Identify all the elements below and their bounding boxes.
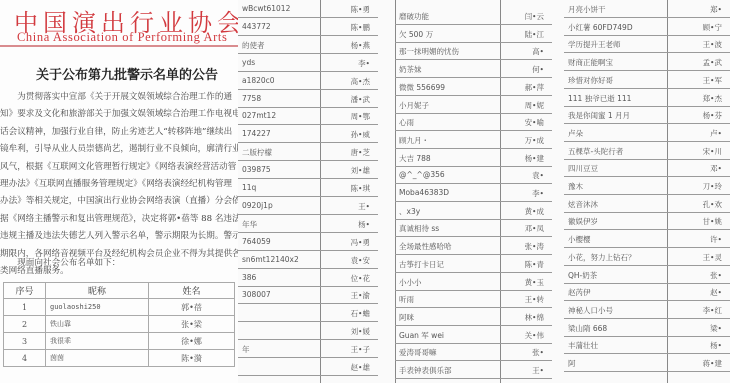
header-no: 序号: [4, 283, 46, 299]
real-name: 刘•媛: [351, 326, 370, 337]
list-item: yds李•: [238, 54, 378, 72]
nickname: 古筝打卡日记: [399, 259, 444, 270]
nickname: a1820c0: [242, 76, 275, 85]
nickname: 小樱樱: [568, 234, 591, 245]
body-line: 话会议精神，加强行业自律，防止劣迹艺人“转移阵地”继续出: [0, 124, 238, 141]
real-name: 潘•武: [351, 94, 370, 105]
list-item: 小月妮子周•妮: [395, 96, 552, 114]
list-item: 的使者杨•燕: [238, 36, 378, 54]
list-item: 刘•媛: [238, 322, 378, 340]
nickname: 欠 500 万: [399, 29, 433, 40]
real-name: 袁•安: [351, 255, 370, 266]
list-item: 爱涛哥哥嘛张•: [395, 343, 552, 361]
list-item: 梁山隋 668梁•: [564, 319, 730, 337]
real-name: 石•蟾: [351, 308, 370, 319]
list-item: 308007王•渝: [238, 286, 378, 304]
nickname: 11q: [242, 183, 256, 192]
nickname: 心雨: [399, 117, 414, 128]
list-item: 欠 500 万陆•江: [395, 25, 552, 43]
table-row: 3 我很乖 徐•娜: [4, 333, 235, 350]
cell-no: 1: [4, 299, 46, 316]
cell-nickname: guolaoshi250: [46, 299, 149, 316]
real-name: 安•喻: [525, 117, 544, 128]
real-name: 位•花: [351, 273, 370, 284]
real-name: 孔•欢: [703, 199, 722, 210]
nickname: 奶茶妹: [399, 64, 422, 75]
real-name: 杨•: [710, 340, 722, 351]
nickname: 174227: [242, 129, 271, 138]
nickname: 0920j1p: [242, 201, 273, 210]
real-name: 梁•: [710, 323, 722, 334]
body-line: 风气，根据《互联网文化管理暂行规定》《网络表演经营活动管: [0, 159, 238, 176]
body-line: 为贯彻落实中宣部《关于开展文娱领域综合治理工作的通: [0, 89, 238, 106]
list-page-2: wBcwt61012陈•勇443772陈•鹏的使者杨•燕yds李•a1820c0…: [238, 0, 378, 383]
nickname: 小小小: [399, 277, 422, 288]
cell-no: 4: [4, 350, 46, 367]
list-item: 我是你闺蜜 1 月月杨•芬: [564, 106, 730, 124]
real-name: 赵•: [710, 287, 722, 298]
closing-line: 现面向社会公布名单如下：: [0, 255, 238, 272]
real-name: 陆•江: [525, 29, 544, 40]
nickname: 阿咪: [399, 312, 414, 323]
nickname: 039875: [242, 165, 271, 174]
list-item: 学历提升王老师王•波: [564, 35, 730, 53]
nickname: 四川豆豆: [568, 163, 598, 174]
nickname: 听雨: [399, 294, 414, 305]
cell-name: 郭•蓓: [149, 299, 235, 316]
list-item: 财商正能啊宝孟•武: [564, 53, 730, 71]
nickname: 308007: [242, 290, 271, 299]
list-item: 磨破功能闫•云: [395, 7, 552, 25]
list-item: 小小小黄•玉: [395, 273, 552, 291]
nickname: 443772: [242, 22, 271, 31]
real-name: 王•灵: [703, 252, 722, 263]
nickname: 徽娱伊岁: [568, 216, 598, 227]
real-name: 甘•姚: [703, 216, 722, 227]
list-item: 年王•子: [238, 340, 378, 358]
list-item: 小花，努力上钻石？王•灵: [564, 248, 730, 266]
list-item: 四川豆豆邓•: [564, 159, 730, 177]
table-header-row: 序号 昵称 姓名: [4, 283, 235, 299]
nickname: Guan 军 wei: [399, 330, 444, 341]
nickname: 、x3y: [399, 206, 420, 217]
header-divider: [0, 45, 238, 47]
nickname: 小月妮子: [399, 100, 429, 111]
cell-nickname: 茵茵: [46, 350, 149, 367]
nickname: 大吉 788: [399, 153, 431, 164]
real-name: 张•: [532, 347, 544, 358]
nickname: 卢朵: [568, 128, 583, 139]
real-name: 陈•青: [525, 259, 544, 270]
nickname: 全场最性感哈哈: [399, 241, 452, 252]
nickname: Moba46383D: [399, 188, 449, 197]
list-item: 听雨王•转: [395, 290, 552, 308]
real-name: 王•子: [351, 344, 370, 355]
body-line: 违规主播及违法失德艺人列入警示名单，警示期限为长期。警示: [0, 228, 238, 245]
list-item: 豫木刀•玲: [564, 177, 730, 195]
cell-no: 2: [4, 316, 46, 333]
body-line: 办法》等相关规定，中国演出行业协会网络表演（直播）分会依: [0, 193, 238, 210]
list-item: 珍惜对你好哥王•军: [564, 71, 730, 89]
real-name: 李•: [358, 58, 370, 69]
list-item: 、x3y黄•成: [395, 202, 552, 220]
real-name: 孟•武: [703, 57, 722, 68]
real-name: 邓•: [710, 163, 722, 174]
nickname: @^_^@356: [399, 170, 445, 179]
real-name: 邓•凤: [525, 223, 544, 234]
real-name: 高•杰: [351, 76, 370, 87]
list-item: 石•蟾: [238, 304, 378, 322]
list-item: 真诚相待 ss邓•凤: [395, 219, 552, 237]
notice-page: 中国演出行业协会 China Association of Performing…: [0, 0, 238, 383]
list-item: 徽娱伊岁甘•姚: [564, 212, 730, 230]
real-name: 杨•芬: [703, 110, 722, 121]
nickname: sn6mt12140x2: [242, 255, 299, 264]
cell-no: 3: [4, 333, 46, 350]
nickname: 小红薯 60FD749D: [568, 22, 633, 33]
org-name-en: China Association of Performing Arts: [17, 30, 227, 45]
list-item: 古筝打卡日记陈•青: [395, 255, 552, 273]
nickname: 月亮小饼干: [568, 4, 606, 15]
nickname: 的使者: [242, 40, 265, 51]
real-name: 刘•雄: [351, 165, 370, 176]
real-name: 关•伟: [525, 330, 544, 341]
nickname: 7758: [242, 94, 261, 103]
notice-title: 关于公布第九批警示名单的公告: [36, 64, 218, 83]
real-name: 张•: [710, 270, 722, 281]
real-name: 陈•琪: [351, 183, 370, 194]
list-item: 月亮小饼干郑•: [564, 0, 730, 18]
nickname: 丰蒲壮壮: [568, 340, 598, 351]
real-name: 高•: [532, 46, 544, 57]
list-item: sn6mt12140x2袁•安: [238, 251, 378, 269]
real-name: 郝•萍: [525, 82, 544, 93]
list-item: 微微 556699郝•萍: [395, 78, 552, 96]
body-line: 镜牟利，引导从业人员崇德尚艺，遏制行业不良倾向，廓清行业: [0, 141, 238, 158]
real-name: 蒋•建: [703, 358, 722, 369]
list-item: Moba46383D李•: [395, 184, 552, 202]
real-name: 周•妮: [525, 100, 544, 111]
body-line: 理办法》《互联网直播服务管理规定》《网络表演经纪机构管理: [0, 176, 238, 193]
nickname: 386: [242, 273, 256, 282]
real-name: 郑•杰: [703, 93, 722, 104]
list-item: 五棵草-头陀行者宋•川: [564, 142, 730, 160]
cell-name: 陈•漪: [149, 350, 235, 367]
nickname: 磨破功能: [399, 11, 429, 22]
nickname: 顾九月・: [399, 135, 429, 146]
list-item: 111 独爷已逝 111郑•杰: [564, 89, 730, 107]
nickname: 神秘人口小号: [568, 305, 613, 316]
list-item: QH-奶茶张•: [564, 266, 730, 284]
list-item: 那一抹明媚的忧伤高•: [395, 42, 552, 60]
list-item: 11q陈•琪: [238, 179, 378, 197]
list-item: Guan 军 wei关•伟: [395, 326, 552, 344]
list-item: 小红薯 60FD749D顾•宁: [564, 18, 730, 36]
list-item: a1820c0高•杰: [238, 72, 378, 90]
nickname: 111 独爷已逝 111: [568, 93, 631, 104]
list-item: 赵芮伊赵•: [564, 283, 730, 301]
table-row: 1 guolaoshi250 郭•蓓: [4, 299, 235, 316]
list-item: 手表钟表俱乐部王•: [395, 361, 552, 379]
real-name: 许•: [710, 234, 722, 245]
real-name: 闫•云: [525, 11, 544, 22]
list-item: 小樱樱许•: [564, 230, 730, 248]
nickname: 二版柠檬: [242, 147, 272, 158]
nickname: 027mt12: [242, 111, 276, 120]
nickname: 梁山隋 668: [568, 323, 607, 334]
nickname: 那一抹明媚的忧伤: [399, 46, 459, 57]
cell-nickname: 我很乖: [46, 333, 149, 350]
real-name: 孙•威: [351, 129, 370, 140]
nickname: QH-奶茶: [568, 270, 597, 281]
list-item: 年华杨•: [238, 215, 378, 233]
cell-name: 张•梁: [149, 316, 235, 333]
nickname: wBcwt61012: [242, 4, 290, 13]
list-item: 174227孙•威: [238, 125, 378, 143]
list-item: 7758潘•武: [238, 90, 378, 108]
list-item: 赵•雄: [238, 358, 378, 376]
nickname: yds: [242, 58, 255, 67]
real-name: 周•鄂: [351, 111, 370, 122]
real-name: 王•军: [703, 75, 722, 86]
list-item: 0920j1p王•: [238, 197, 378, 215]
body-line: 知》要求及文化和旅游部关于加强文娱领域综合治理工作电视电: [0, 106, 238, 123]
table-row: 2 铁山靠 张•梁: [4, 316, 235, 333]
list-item: 二版柠檬唐•芝: [238, 143, 378, 161]
real-name: 宋•川: [703, 146, 722, 157]
list-item: 奶茶妹何•: [395, 60, 552, 78]
real-name: 杨•建: [525, 153, 544, 164]
list-item: 顾九月・万•成: [395, 131, 552, 149]
list-item: 卢朵卢•: [564, 124, 730, 142]
list-item: 443772陈•鹏: [238, 18, 378, 36]
real-name: 杨•: [358, 219, 370, 230]
list-item: 心雨安•喻: [395, 113, 552, 131]
list-item: 阿咪林•绵: [395, 308, 552, 326]
real-name: 陈•鹏: [351, 22, 370, 33]
list-page-3: 磨破功能闫•云欠 500 万陆•江那一抹明媚的忧伤高•奶茶妹何•微微 55669…: [378, 0, 552, 383]
real-name: 王•波: [703, 39, 722, 50]
real-name: 杨•燕: [351, 40, 370, 51]
nickname: 微微 556699: [399, 82, 445, 93]
cell-nickname: 铁山靠: [46, 316, 149, 333]
nickname: 炫音沐沐: [568, 199, 598, 210]
real-name: 袁•: [532, 170, 544, 181]
list-item: wBcwt61012陈•勇: [238, 0, 378, 18]
nickname: 赵芮伊: [568, 287, 591, 298]
real-name: 陈•勇: [351, 4, 370, 15]
real-name: 李•红: [703, 305, 722, 316]
nickname: 阿: [568, 358, 576, 369]
nickname: 手表钟表俱乐部: [399, 365, 452, 376]
list-item: 386位•花: [238, 269, 378, 287]
notice-body: 为贯彻落实中宣部《关于开展文娱领域综合治理工作的通 知》要求及文化和旅游部关于加…: [0, 89, 238, 280]
real-name: 王•: [358, 201, 370, 212]
list-item: 764059冯•勇: [238, 233, 378, 251]
list-item: 神秘人口小号李•红: [564, 301, 730, 319]
nickname: 年华: [242, 219, 257, 230]
list-item: 039875刘•雄: [238, 161, 378, 179]
real-name: 何•: [532, 64, 544, 75]
list-page-4: 月亮小饼干郑•小红薯 60FD749D顾•宁学历提升王老师王•波财商正能啊宝孟•…: [552, 0, 730, 383]
nickname: 珍惜对你好哥: [568, 75, 613, 86]
list-item: 阿蒋•建: [564, 354, 730, 372]
nickname: 764059: [242, 237, 271, 246]
nickname: 五棵草-头陀行者: [568, 146, 623, 157]
real-name: 万•成: [525, 135, 544, 146]
nickname: 爱涛哥哥嘛: [399, 347, 437, 358]
table-row: 4 茵茵 陈•漪: [4, 350, 235, 367]
list-item: 大吉 788杨•建: [395, 149, 552, 167]
real-name: 王•: [532, 365, 544, 376]
header-nickname: 昵称: [46, 283, 149, 299]
real-name: 张•涛: [525, 241, 544, 252]
real-name: 王•渝: [351, 290, 370, 301]
list-item: 炫音沐沐孔•欢: [564, 195, 730, 213]
list-item: 丰蒲壮壮杨•: [564, 336, 730, 354]
nickname: 小花，努力上钻石？: [568, 252, 636, 263]
nickname: 真诚相待 ss: [399, 223, 439, 234]
cell-name: 徐•娜: [149, 333, 235, 350]
body-line: 据《网络主播警示和复出管理规范》，决定将郭•蓓等 88 名违法: [0, 211, 238, 228]
real-name: 黄•玉: [525, 277, 544, 288]
nickname: 学历提升王老师: [568, 39, 621, 50]
list-item: 027mt12周•鄂: [238, 107, 378, 125]
real-name: 林•绵: [525, 312, 544, 323]
nickname: 我是你闺蜜 1 月月: [568, 110, 630, 121]
real-name: 刀•玲: [703, 181, 722, 192]
real-name: 黄•成: [525, 206, 544, 217]
nickname: 财商正能啊宝: [568, 57, 613, 68]
real-name: 唐•芝: [351, 147, 370, 158]
header-name: 姓名: [149, 283, 235, 299]
nickname: 豫木: [568, 181, 583, 192]
real-name: 冯•勇: [351, 237, 370, 248]
real-name: 李•: [532, 188, 544, 199]
nickname: 年: [242, 344, 250, 355]
list-item: 全场最性感哈哈张•涛: [395, 237, 552, 255]
list-item: @^_^@356袁•: [395, 166, 552, 184]
real-name: 王•转: [525, 294, 544, 305]
real-name: 赵•雄: [351, 362, 370, 373]
real-name: 卢•: [710, 128, 722, 139]
real-name: 顾•宁: [703, 22, 722, 33]
warning-list-table: 序号 昵称 姓名 1 guolaoshi250 郭•蓓 2 铁山靠 张•梁 3 …: [3, 282, 235, 367]
real-name: 郑•: [710, 4, 722, 15]
